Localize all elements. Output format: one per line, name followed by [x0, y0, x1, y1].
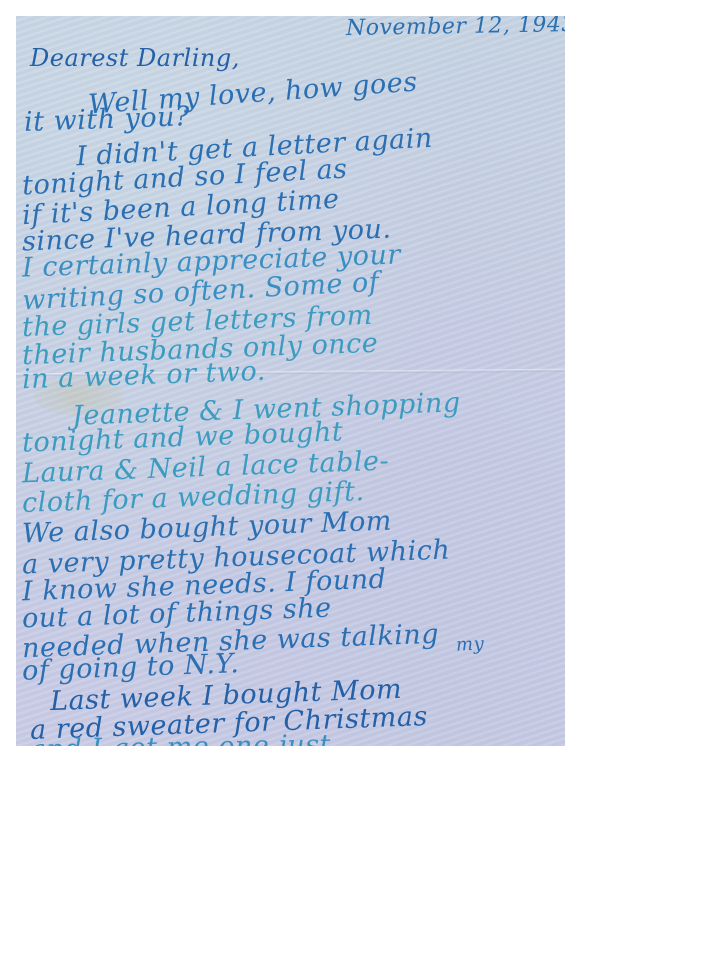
letter-line: and I got me one just: [30, 731, 331, 746]
letter-page: November 12, 1943 Dearest Darling, Well …: [16, 16, 565, 746]
letter-salutation: Dearest Darling,: [30, 46, 240, 70]
letter-line: of going to N.Y.: [22, 650, 240, 685]
letter-line: in a week or two.: [22, 358, 267, 393]
letter-insertion: my: [456, 635, 485, 654]
letter-date: November 12, 1943: [346, 16, 565, 40]
letter-line: it with you?: [24, 103, 191, 136]
